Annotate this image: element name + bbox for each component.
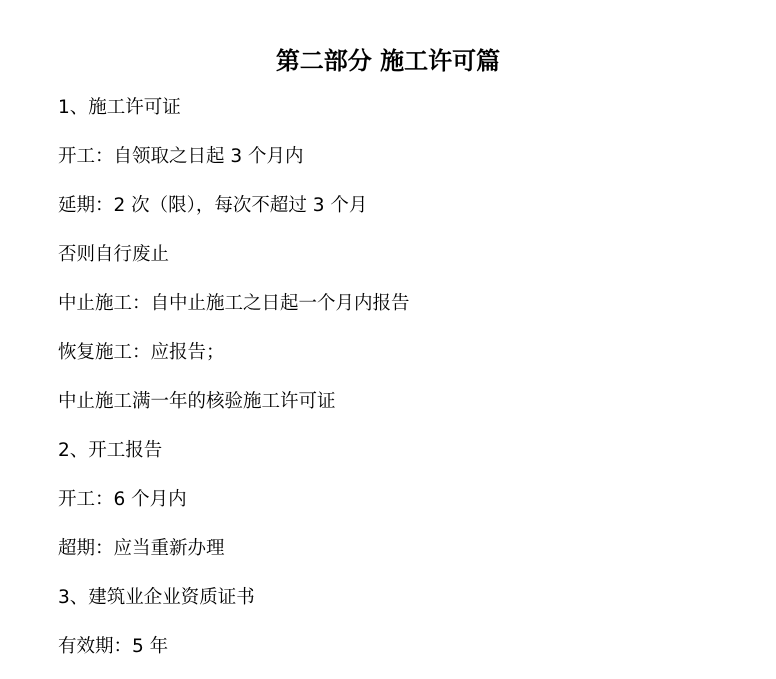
document-body: 1、施工许可证 开工：自领取之日起 3 个月内 延期：2 次（限），每次不超过 … [0, 83, 776, 671]
document-title: 第二部分 施工许可篇 [0, 0, 776, 76]
doc-line-11: 3、建筑业企业资质证书 [0, 573, 776, 622]
doc-line-4: 否则自行废止 [0, 230, 776, 279]
doc-line-5: 中止施工：自中止施工之日起一个月内报告 [0, 279, 776, 328]
doc-line-9: 开工：6 个月内 [0, 475, 776, 524]
doc-line-2: 开工：自领取之日起 3 个月内 [0, 132, 776, 181]
doc-line-12: 有效期：5 年 [0, 622, 776, 671]
document-page: 第二部分 施工许可篇 1、施工许可证 开工：自领取之日起 3 个月内 延期：2 … [0, 0, 776, 679]
doc-line-7: 中止施工满一年的核验施工许可证 [0, 377, 776, 426]
doc-line-6: 恢复施工：应报告； [0, 328, 776, 377]
doc-line-1: 1、施工许可证 [0, 83, 776, 132]
doc-line-8: 2、开工报告 [0, 426, 776, 475]
doc-line-3: 延期：2 次（限），每次不超过 3 个月 [0, 181, 776, 230]
doc-line-10: 超期：应当重新办理 [0, 524, 776, 573]
